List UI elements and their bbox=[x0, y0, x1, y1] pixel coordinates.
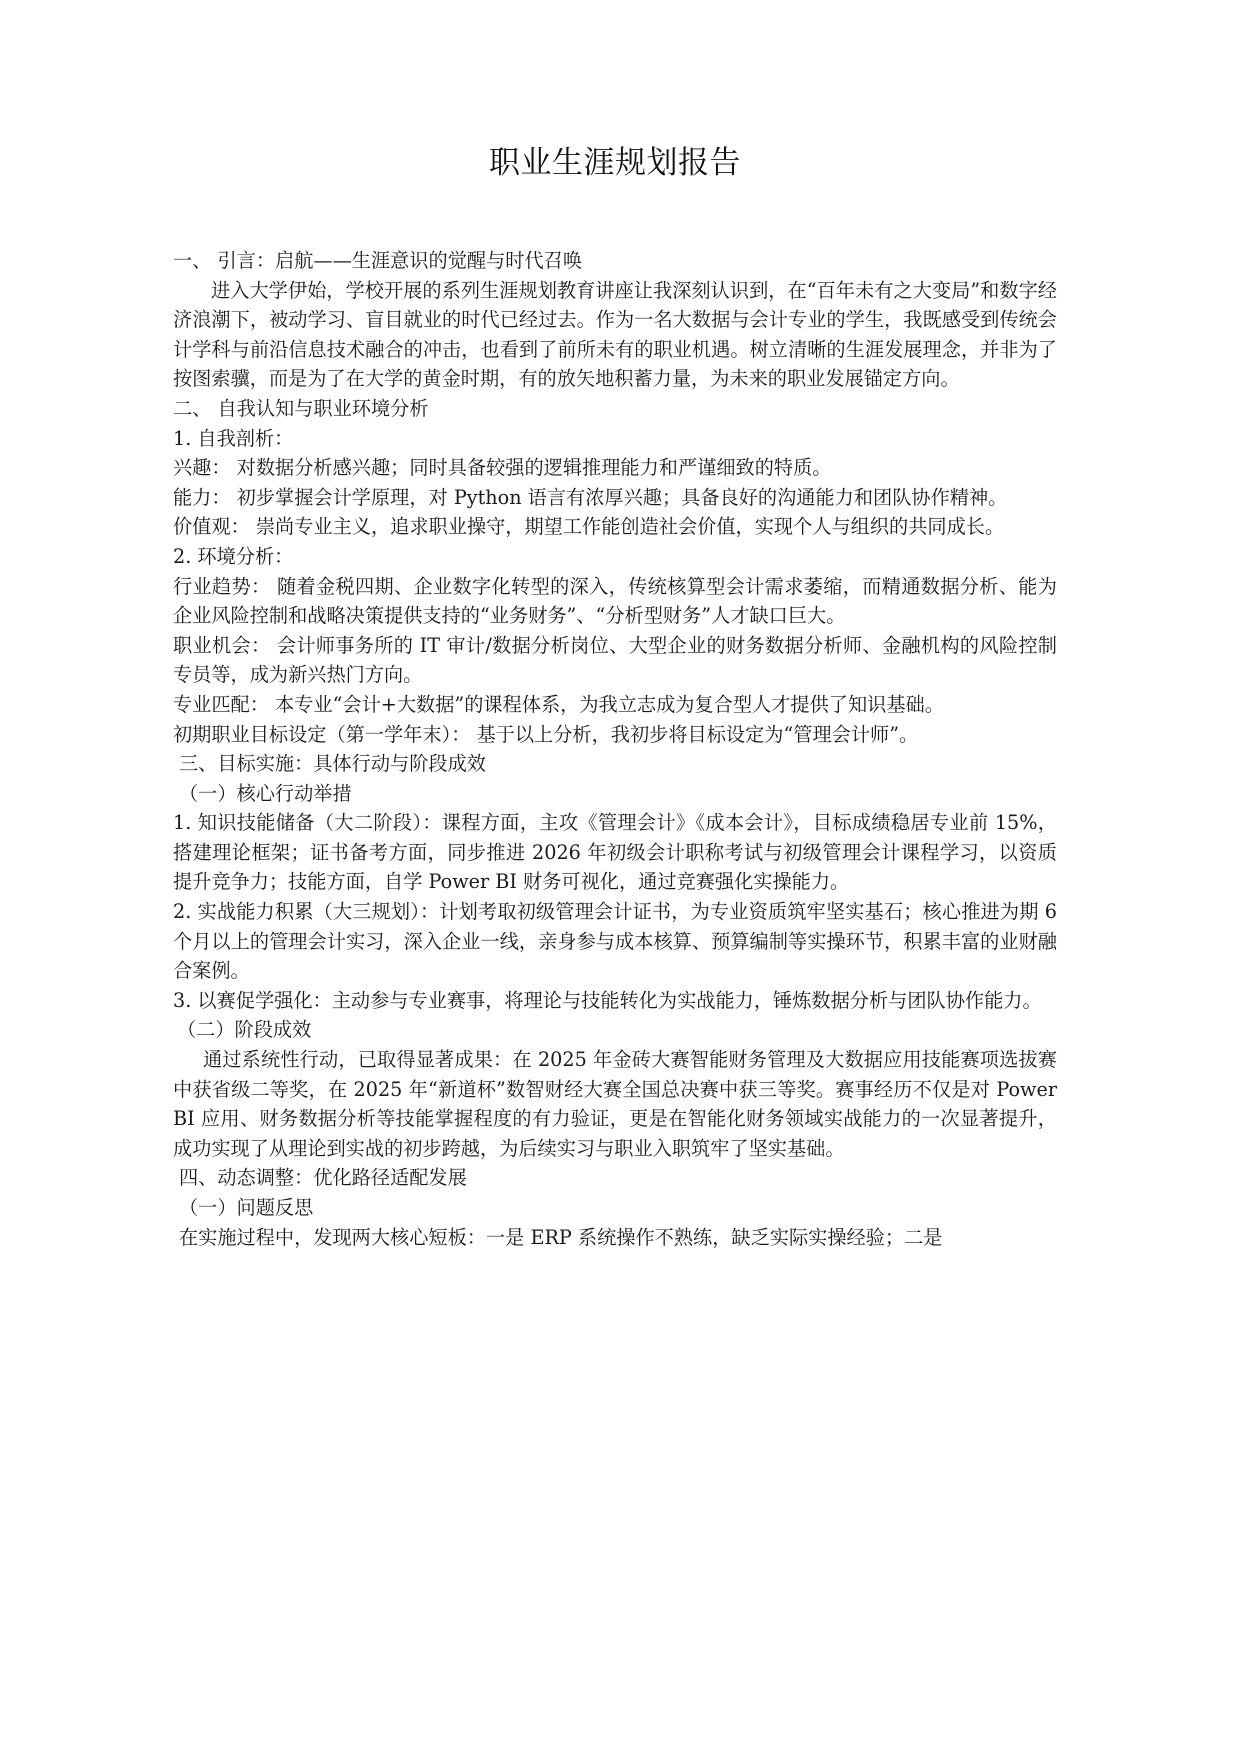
self-analysis-ability: 能力： 初步掌握会计学原理，对 Python 语言有浓厚兴趣；具备良好的沟通能力… bbox=[173, 483, 1057, 513]
action-item-3: 3. 以赛促学强化：主动参与专业赛事，将理论与技能转化为实战能力，锤炼数据分析与… bbox=[173, 986, 1057, 1016]
section-1-heading: 一、 引言：启航——生涯意识的觉醒与时代召唤 bbox=[173, 246, 1057, 276]
action-item-2: 2. 实战能力积累（大三规划）：计划考取初级管理会计证书，为专业资质筑牢坚实基石… bbox=[173, 897, 1057, 986]
self-analysis-interest: 兴趣： 对数据分析感兴趣；同时具备较强的逻辑推理能力和严谨细致的特质。 bbox=[173, 453, 1057, 483]
section-4-subheading-reflection: （一）问题反思 bbox=[173, 1193, 1057, 1223]
section-3-heading: 三、目标实施：具体行动与阶段成效 bbox=[173, 749, 1057, 779]
environment-career-opportunity: 职业机会： 会计师事务所的 IT 审计/数据分析岗位、大型企业的财务数据分析师、… bbox=[173, 631, 1057, 690]
section-3-subheading-results: （二）阶段成效 bbox=[173, 1015, 1057, 1045]
self-analysis-values: 价值观： 崇尚专业主义，追求职业操守，期望工作能创造社会价值，实现个人与组织的共… bbox=[173, 512, 1057, 542]
section-4-heading: 四、动态调整：优化路径适配发展 bbox=[173, 1163, 1057, 1193]
results-paragraph: 通过系统性行动，已取得显著成果：在 2025 年金砖大赛智能财务管理及大数据应用… bbox=[173, 1045, 1057, 1163]
section-2-subheading-self-analysis: 1. 自我剖析： bbox=[173, 424, 1057, 454]
action-item-1: 1. 知识技能储备（大二阶段）：课程方面，主攻《管理会计》《成本会计》，目标成绩… bbox=[173, 808, 1057, 897]
initial-career-goal: 初期职业目标设定（第一学年末）： 基于以上分析，我初步将目标设定为“管理会计师”… bbox=[173, 720, 1057, 750]
document-body: 一、 引言：启航——生涯意识的觉醒与时代召唤 进入大学伊始，学校开展的系列生涯规… bbox=[173, 246, 1057, 1252]
reflection-paragraph: 在实施过程中，发现两大核心短板：一是 ERP 系统操作不熟练，缺乏实际实操经验；… bbox=[173, 1223, 1057, 1253]
section-2-subheading-environment: 2. 环境分析： bbox=[173, 542, 1057, 572]
section-1-paragraph: 进入大学伊始，学校开展的系列生涯规划教育讲座让我深刻认识到，在“百年未有之大变局… bbox=[173, 276, 1057, 394]
section-2-heading: 二、 自我认知与职业环境分析 bbox=[173, 394, 1057, 424]
document-title: 职业生涯规划报告 bbox=[173, 142, 1057, 184]
environment-major-match: 专业匹配： 本专业“会计+大数据”的课程体系，为我立志成为复合型人才提供了知识基… bbox=[173, 690, 1057, 720]
section-3-subheading-actions: （一）核心行动举措 bbox=[173, 779, 1057, 809]
environment-industry-trend: 行业趋势： 随着金税四期、企业数字化转型的深入，传统核算型会计需求萎缩，而精通数… bbox=[173, 572, 1057, 631]
